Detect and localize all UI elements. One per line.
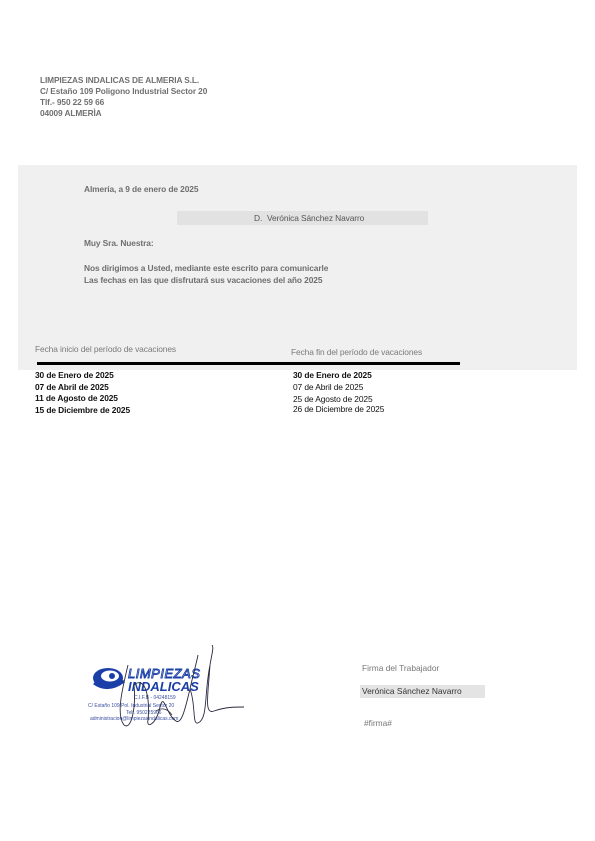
header-end-date: Fecha fin del período de vacaciones xyxy=(291,347,422,357)
start-date: 07 de Abril de 2025 xyxy=(35,382,130,394)
body-line-1: Nos dirigimos a Usted, mediante este esc… xyxy=(84,263,328,273)
start-dates-column: 30 de Enero de 2025 07 de Abril de 2025 … xyxy=(35,370,130,416)
start-date: 11 de Agosto de 2025 xyxy=(35,393,130,405)
company-logo-icon: LIMPIEZAS INDALICAS C.I.F.B - 04248159 C… xyxy=(86,645,246,730)
svg-text:C/ Estaño 109 Pol. Industrial: C/ Estaño 109 Pol. Industrial Sector 20 xyxy=(88,703,174,709)
recipient-name: Verónica Sánchez Navarro xyxy=(267,213,364,223)
worker-name: Verónica Sánchez Navarro xyxy=(362,686,462,696)
end-date: 07 de Abril de 2025 xyxy=(293,382,384,394)
start-date: 15 de Diciembre de 2025 xyxy=(35,405,130,417)
company-address: C/ Estaño 109 Poligono Industrial Sector… xyxy=(40,86,207,97)
company-header: LIMPIEZAS INDALICAS DE ALMERIA S.L. C/ E… xyxy=(40,75,207,119)
svg-text:administracion@limpiezasindali: administracion@limpiezasindalicas.com xyxy=(90,716,178,722)
header-rule xyxy=(37,362,460,365)
signature-placeholder: #firma# xyxy=(364,718,392,728)
recipient-prefix: D. xyxy=(254,213,262,223)
company-phone: Tlf.- 950 22 59 66 xyxy=(40,97,207,108)
end-date: 26 de Diciembre de 2025 xyxy=(293,404,384,414)
header-start-date: Fecha inicio del período de vacaciones xyxy=(35,344,176,354)
end-dates-column: 30 de Enero de 2025 07 de Abril de 2025 … xyxy=(293,370,384,414)
start-date: 30 de Enero de 2025 xyxy=(35,370,130,382)
company-city: 04009 ALMERÌA xyxy=(40,108,207,119)
worker-signature-label: Firma del Trabajador xyxy=(362,663,439,673)
company-stamp: LIMPIEZAS INDALICAS C.I.F.B - 04248159 C… xyxy=(86,645,246,730)
place-date: Almería, a 9 de enero de 2025 xyxy=(84,184,198,194)
svg-text:INDALICAS: INDALICAS xyxy=(128,679,199,694)
body-line-2: Las fechas en las que disfrutará sus vac… xyxy=(84,275,322,285)
end-date: 25 de Agosto de 2025 xyxy=(293,394,384,404)
end-date: 30 de Enero de 2025 xyxy=(293,370,384,382)
salutation: Muy Sra. Nuestra: xyxy=(84,238,154,248)
company-name: LIMPIEZAS INDALICAS DE ALMERIA S.L. xyxy=(40,75,207,86)
svg-text:C.I.F.B - 04248159: C.I.F.B - 04248159 xyxy=(134,695,176,701)
